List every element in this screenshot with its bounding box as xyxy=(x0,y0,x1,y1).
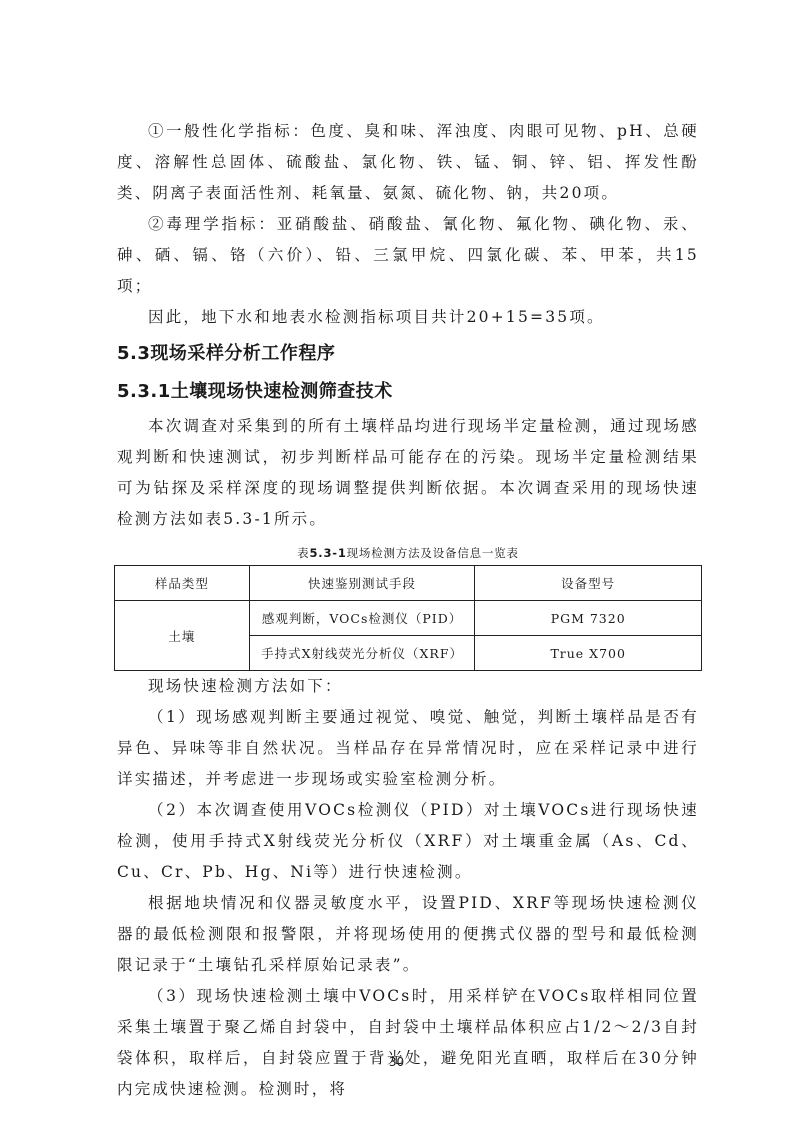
paragraph-total-indicators: 因此，地下水和地表水检测指标项目共计20+15=35项。 xyxy=(117,302,699,333)
cell-model: True X700 xyxy=(475,636,702,671)
paragraph-general-chemical-indicators: ①一般性化学指标：色度、臭和味、浑浊度、肉眼可见物、pH、总硬度、溶解性总固体、… xyxy=(117,116,699,209)
paragraph-method-2: （2）本次调查使用VOCs检测仪（PID）对土壤VOCs进行现场快速检测，使用手… xyxy=(117,795,699,888)
detection-methods-table: 样品类型 快速鉴别测试手段 设备型号 土壤 感观判断，VOCs检测仪（PID） … xyxy=(114,565,702,671)
section-heading-5-3: 5.3现场采样分析工作程序 xyxy=(117,335,699,373)
table-header-row: 样品类型 快速鉴别测试手段 设备型号 xyxy=(115,566,702,601)
table-caption-text: 现场检测方法及设备信息一览表 xyxy=(347,546,519,560)
cell-model: PGM 7320 xyxy=(475,601,702,636)
header-sample-type: 样品类型 xyxy=(115,566,250,601)
header-method: 快速鉴别测试手段 xyxy=(249,566,475,601)
cell-method: 手持式X射线荧光分析仪（XRF） xyxy=(249,636,475,671)
cell-method: 感观判断，VOCs检测仪（PID） xyxy=(249,601,475,636)
paragraph-method-3: （3）现场快速检测土壤中VOCs时，用采样铲在VOCs取样相同位置采集土壤置于聚… xyxy=(117,981,699,1105)
cell-sample-type: 土壤 xyxy=(115,601,250,671)
section-heading-5-3-1: 5.3.1土壤现场快速检测筛查技术 xyxy=(117,373,699,411)
paragraph-intro: 本次调查对采集到的所有土壤样品均进行现场半定量检测，通过现场感观判断和快速测试，… xyxy=(117,411,699,535)
table-caption-number: 5.3-1 xyxy=(309,546,346,560)
paragraph-toxicological-indicators: ②毒理学指标：亚硝酸盐、硝酸盐、氰化物、氟化物、碘化物、汞、砷、硒、镉、铬（六价… xyxy=(117,209,699,302)
table-row: 土壤 感观判断，VOCs检测仪（PID） PGM 7320 xyxy=(115,601,702,636)
paragraph-detection-limits: 根据地块情况和仪器灵敏度水平，设置PID、XRF等现场快速检测仪器的最低检测限和… xyxy=(117,888,699,981)
table-caption-prefix: 表 xyxy=(297,546,309,560)
document-page: ①一般性化学指标：色度、臭和味、浑浊度、肉眼可见物、pH、总硬度、溶解性总固体、… xyxy=(117,0,699,1105)
paragraph-method-1: （1）现场感观判断主要通过视觉、嗅觉、触觉，判断土壤样品是否有异色、异味等非自然… xyxy=(117,702,699,795)
paragraph-methods-intro: 现场快速检测方法如下： xyxy=(117,671,699,702)
table-caption: 表5.3-1现场检测方法及设备信息一览表 xyxy=(117,545,699,561)
header-model: 设备型号 xyxy=(475,566,702,601)
page-number: 30 xyxy=(0,1055,793,1069)
